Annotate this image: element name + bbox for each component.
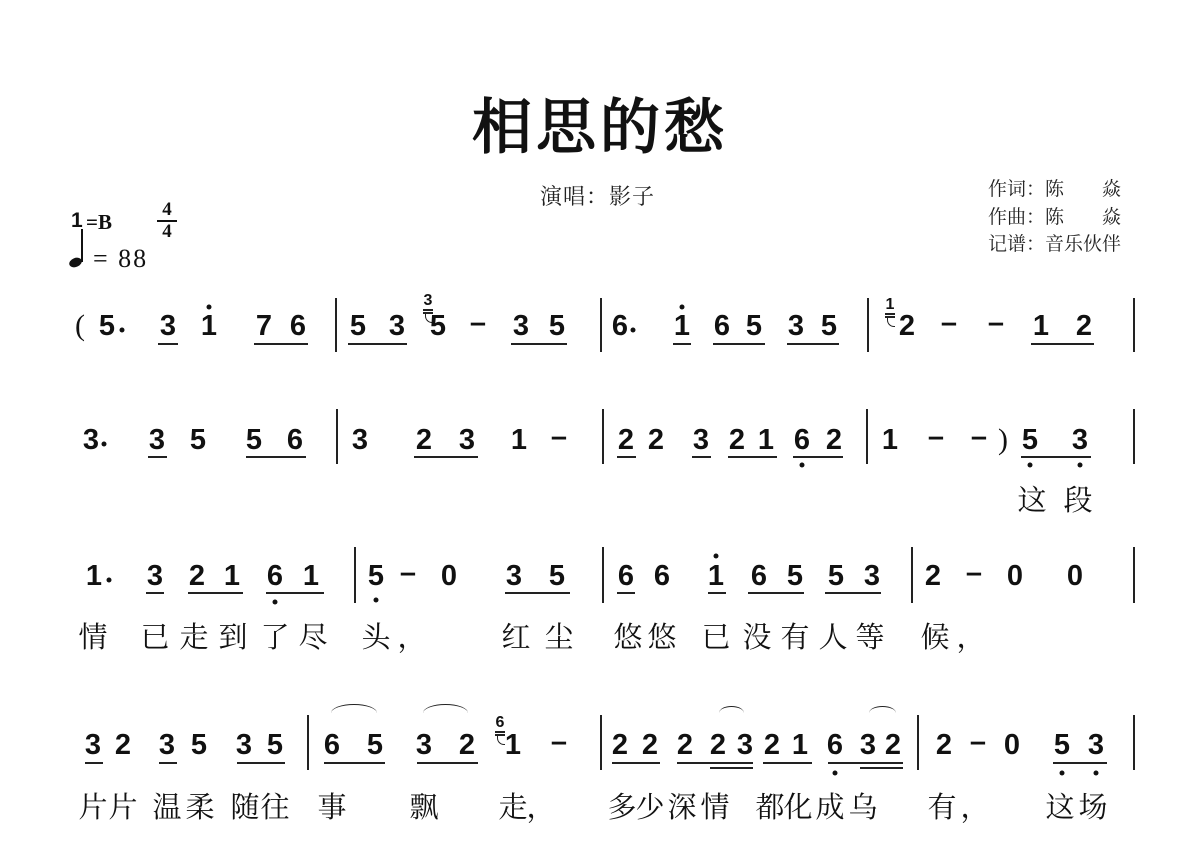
beam-underline	[159, 762, 177, 764]
lyric-char: 头	[361, 621, 390, 653]
lyric-char: 候	[920, 621, 949, 653]
barline	[1133, 547, 1135, 603]
beam-underline	[787, 343, 839, 345]
tempo-value: = 88	[93, 245, 148, 273]
note: 1	[505, 730, 521, 760]
barline	[602, 409, 604, 464]
note: 5	[1054, 730, 1070, 760]
note: 3	[459, 425, 475, 455]
note: 7	[256, 311, 272, 341]
barline	[335, 298, 337, 352]
note: 1	[303, 561, 319, 591]
beam-underline	[348, 343, 407, 345]
beam-underline	[237, 762, 285, 764]
barline	[602, 547, 604, 603]
lyric-char: 情	[700, 791, 729, 823]
beam-underline	[146, 592, 164, 594]
lyric-char: 悠	[647, 621, 676, 653]
low-octave-dot	[1028, 463, 1033, 468]
note: 6	[267, 561, 283, 591]
barline	[354, 547, 356, 603]
slur	[869, 706, 896, 713]
beam-underline	[713, 343, 765, 345]
note: 3	[83, 425, 99, 455]
note: 2	[826, 425, 842, 455]
beam-underline	[1053, 762, 1107, 764]
note: 6	[290, 311, 306, 341]
note: 2	[115, 730, 131, 760]
low-octave-dot	[833, 771, 838, 776]
note: 2	[648, 425, 664, 455]
beam-underline	[417, 762, 478, 764]
extension-dash: –	[928, 422, 944, 452]
barline	[1133, 298, 1135, 352]
rest: 0	[1004, 730, 1020, 760]
lyric-char: 有	[927, 791, 956, 823]
lyric-char: 到	[218, 621, 247, 653]
beam-underline	[85, 762, 103, 764]
lyric-char: 没	[742, 621, 771, 653]
lyric-char: 走	[179, 621, 208, 653]
note: 2	[459, 730, 475, 760]
lyric-char: 已	[140, 621, 169, 653]
note: 5	[267, 730, 283, 760]
beam-underline	[246, 456, 306, 458]
barline	[307, 715, 309, 770]
augmentation-dot	[120, 328, 125, 333]
note: 3	[352, 425, 368, 455]
grace-hook	[887, 318, 895, 327]
note: 6	[654, 561, 670, 591]
high-octave-dot	[207, 305, 212, 310]
beam-underline	[728, 456, 777, 458]
lyric-char: 多	[607, 791, 636, 823]
lyric-char: 段	[1063, 484, 1092, 516]
note: 3	[236, 730, 252, 760]
barline	[911, 547, 913, 603]
lyric-char: 片	[108, 791, 137, 823]
rest: 0	[1007, 561, 1023, 591]
barline	[917, 715, 919, 770]
beam-underline	[1031, 343, 1094, 345]
note: 5	[821, 311, 837, 341]
note: 2	[764, 730, 780, 760]
lyric-char: 人	[818, 621, 847, 653]
note: 1	[1033, 311, 1049, 341]
note: 2	[416, 425, 432, 455]
beam-underline	[254, 343, 308, 345]
note: 2	[642, 730, 658, 760]
note: 6	[794, 425, 810, 455]
beam-underline	[617, 456, 636, 458]
note: 2	[189, 561, 205, 591]
note: 5	[99, 311, 115, 341]
note: 6	[827, 730, 843, 760]
song-title: 相思的愁	[0, 94, 1200, 162]
lyric-char: 走	[498, 791, 527, 823]
lyric-char: 红	[501, 621, 530, 653]
note: 5	[1022, 425, 1038, 455]
note: 5	[746, 311, 762, 341]
lyric-punctuation: ，	[397, 621, 426, 653]
extension-dash: –	[971, 422, 987, 452]
note: 5	[549, 561, 565, 591]
grace-note: 6	[496, 715, 505, 731]
lyric-char: 飘	[409, 791, 438, 823]
note: 1	[882, 425, 898, 455]
rest: 0	[1067, 561, 1083, 591]
lyric-char: 片	[78, 791, 107, 823]
low-octave-dot	[1078, 463, 1083, 468]
transcriber-credit: 记谱：音乐伙伴	[988, 233, 1121, 255]
note: 3	[1072, 425, 1088, 455]
barline	[866, 409, 868, 464]
slur	[423, 704, 468, 713]
note: 5	[246, 425, 262, 455]
note: 1	[224, 561, 240, 591]
note: 1	[511, 425, 527, 455]
beam-underline	[324, 762, 385, 764]
note: 5	[549, 311, 565, 341]
lyric-char: 随	[230, 791, 259, 823]
note: 3	[389, 311, 405, 341]
note: 3	[1088, 730, 1104, 760]
beam-underline	[708, 592, 726, 594]
beam-underline	[825, 592, 881, 594]
lyric-char: 事	[317, 791, 346, 823]
note: 5	[368, 561, 384, 591]
lyric-char: 都	[755, 791, 784, 823]
high-octave-dot	[714, 554, 719, 559]
note: 1	[792, 730, 808, 760]
extension-dash: –	[470, 308, 486, 338]
barline	[867, 298, 869, 352]
beam-underline	[158, 343, 178, 345]
lyric-char: 温	[152, 791, 181, 823]
extension-dash: –	[988, 308, 1004, 338]
note: 3	[149, 425, 165, 455]
note: 5	[430, 311, 446, 341]
beam-underline-16th	[860, 767, 903, 769]
rest: 0	[441, 561, 457, 591]
lyric-char: 了	[260, 621, 289, 653]
beam-underline	[266, 592, 324, 594]
beam-underline	[617, 592, 635, 594]
beam-underline	[1021, 456, 1091, 458]
lyric-char: 场	[1078, 791, 1107, 823]
lyric-char: 这	[1045, 791, 1074, 823]
note: 5	[350, 311, 366, 341]
beam-underline	[763, 762, 812, 764]
lyric-char: 少	[635, 791, 664, 823]
lyric-char: 等	[855, 621, 884, 653]
extension-dash: –	[551, 727, 567, 757]
beam-underline	[414, 456, 478, 458]
grace-note: 3	[424, 293, 433, 309]
note: 1	[86, 561, 102, 591]
lyric-char: 尘	[544, 621, 573, 653]
beam-underline	[692, 456, 711, 458]
grace-hook	[497, 736, 505, 745]
lyric-char: 这	[1017, 484, 1046, 516]
extension-dash: –	[966, 558, 982, 588]
note: 2	[899, 311, 915, 341]
note: 1	[758, 425, 774, 455]
low-octave-dot	[1094, 771, 1099, 776]
lyric-char: 往	[260, 791, 289, 823]
note: 5	[828, 561, 844, 591]
beam-underline	[612, 762, 660, 764]
note: 3	[693, 425, 709, 455]
beam-underline	[148, 456, 167, 458]
note: 2	[1076, 311, 1092, 341]
note: 5	[367, 730, 383, 760]
key-name: =B	[86, 210, 112, 234]
low-octave-dot	[273, 600, 278, 605]
note: 3	[506, 561, 522, 591]
grace-beam	[885, 313, 895, 315]
note: 3	[513, 311, 529, 341]
low-octave-dot	[1060, 771, 1065, 776]
note: 1	[201, 311, 217, 341]
augmentation-dot	[631, 328, 636, 333]
low-octave-dot	[800, 463, 805, 468]
lyricist-credit: 作词：陈 焱	[988, 178, 1121, 200]
composer-credit: 作曲：陈 焱	[988, 206, 1121, 228]
extension-dash: –	[970, 727, 986, 757]
lyric-char: 情	[78, 621, 107, 653]
note: 3	[85, 730, 101, 760]
note: 3	[737, 730, 753, 760]
note: 5	[191, 730, 207, 760]
augmentation-dot	[107, 578, 112, 583]
note: 2	[710, 730, 726, 760]
beam-underline	[188, 592, 243, 594]
grace-beam	[495, 731, 505, 733]
note: 5	[190, 425, 206, 455]
augmentation-dot	[102, 442, 107, 447]
note: 3	[160, 311, 176, 341]
note: 5	[787, 561, 803, 591]
note: 2	[677, 730, 693, 760]
note: 3	[788, 311, 804, 341]
high-octave-dot	[680, 305, 685, 310]
lyric-char: 已	[701, 621, 730, 653]
barline	[1133, 409, 1135, 464]
singer-credit: 演唱：影子	[540, 186, 655, 210]
beam-underline	[505, 592, 570, 594]
lyric-char: 悠	[613, 621, 642, 653]
beam-underline	[677, 762, 753, 764]
note: 6	[618, 561, 634, 591]
lyric-char: 成	[815, 791, 844, 823]
note: 6	[612, 311, 628, 341]
lyric-char: 柔	[185, 791, 214, 823]
beam-underline	[673, 343, 691, 345]
time-numerator: 4	[157, 200, 177, 220]
note: 6	[714, 311, 730, 341]
note: 2	[885, 730, 901, 760]
note: 6	[287, 425, 303, 455]
score-page: 相思的愁 演唱：影子 作词：陈 焱 作曲：陈 焱 记谱：音乐伙伴 1 =B 4 …	[0, 0, 1200, 850]
barline	[336, 409, 338, 464]
lyric-punctuation: ，	[960, 791, 989, 823]
barline	[1133, 715, 1135, 770]
note: 6	[751, 561, 767, 591]
note: 2	[936, 730, 952, 760]
extension-dash: –	[941, 308, 957, 338]
lyric-char: 尽	[298, 621, 327, 653]
beam-underline-16th	[710, 767, 753, 769]
lyric-punctuation: ，	[526, 791, 555, 823]
note: 3	[864, 561, 880, 591]
lyric-punctuation: ，	[956, 621, 985, 653]
beam-underline	[511, 343, 567, 345]
time-denominator: 4	[157, 222, 177, 242]
note: 2	[618, 425, 634, 455]
low-octave-dot	[374, 598, 379, 603]
note: 3	[147, 561, 163, 591]
beam-underline	[793, 456, 843, 458]
beam-underline	[828, 762, 903, 764]
note: 3	[860, 730, 876, 760]
beam-underline	[748, 592, 804, 594]
note: 2	[925, 561, 941, 591]
lyric-char: 化	[783, 791, 812, 823]
note: 3	[159, 730, 175, 760]
intro-paren-close: )	[998, 425, 1008, 455]
lyric-char: 有	[780, 621, 809, 653]
note: 2	[612, 730, 628, 760]
extension-dash: –	[551, 422, 567, 452]
lyric-char: 深	[667, 791, 696, 823]
note: 2	[729, 425, 745, 455]
note: 1	[674, 311, 690, 341]
slur	[331, 704, 377, 713]
note: 1	[708, 561, 724, 591]
lyric-char: 乌	[848, 791, 877, 823]
intro-paren-open: (	[75, 311, 85, 341]
extension-dash: –	[400, 558, 416, 588]
slur	[719, 706, 744, 713]
note: 3	[416, 730, 432, 760]
barline	[600, 715, 602, 770]
note: 6	[324, 730, 340, 760]
barline	[600, 298, 602, 352]
grace-note: 1	[886, 297, 895, 313]
